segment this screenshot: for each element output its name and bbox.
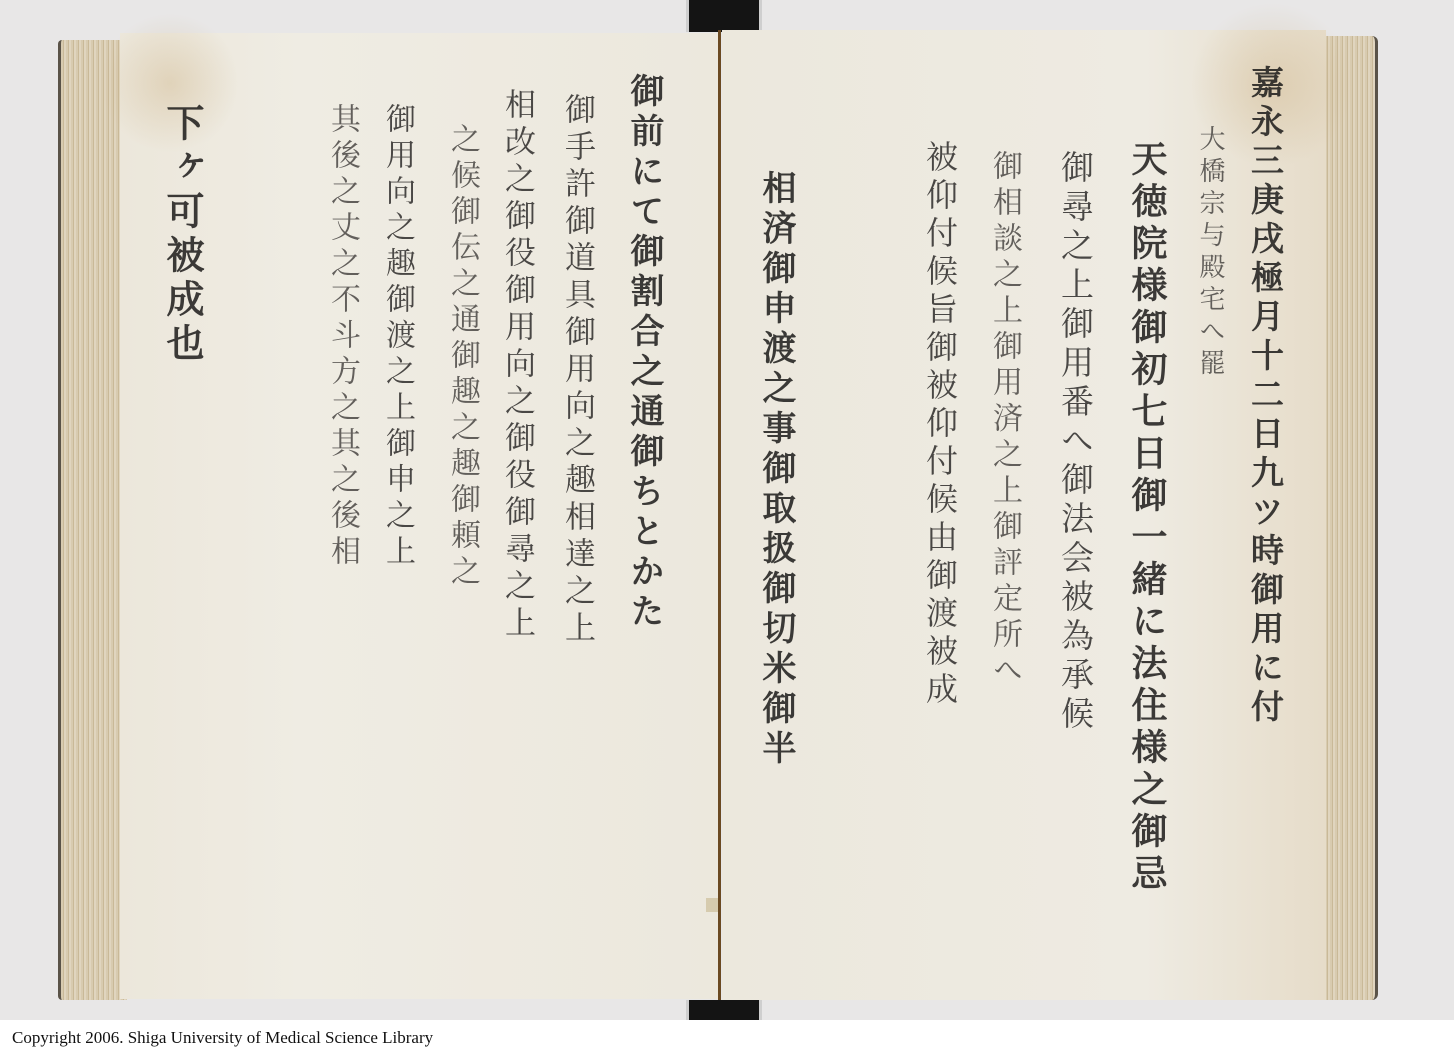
copyright-text: Copyright 2006. Shiga University of Medi…	[12, 1028, 433, 1048]
text-column: 之候御伝之通御趣之趣御頼之	[440, 123, 484, 591]
right-page: 嘉永三庚戌極月十二日九ツ時御用に付 大橋宗与殿宅へ罷 天徳院様御初七日御一緒に法…	[722, 30, 1326, 1000]
bookmark-ribbon-top	[686, 0, 762, 32]
book-gutter	[718, 30, 721, 1000]
text-column: 相改之御役御用向之御役御尋之上	[495, 88, 540, 643]
manuscript-photo: 御前にて御割合之通御ちとかた 御手許御道具御用向之趣相達之上 相改之御役御用向之…	[0, 0, 1454, 1020]
page-edges-left	[58, 40, 127, 1000]
text-column: 其後之丈之不斗方之其之後相	[320, 103, 364, 571]
text-column: 下ヶ可被成也	[155, 103, 210, 367]
text-column: 御尋之上御用番へ御法会被為承候	[1052, 150, 1099, 735]
text-column: 御相談之上御用済之上御評定所へ	[982, 150, 1026, 690]
text-column: 御用向之趣御渡之上御申之上	[375, 103, 419, 571]
text-column: 相済御申渡之事御取扱御切米御半	[752, 170, 801, 770]
footer: Copyright 2006. Shiga University of Medi…	[0, 1020, 1454, 1054]
binding-mark	[706, 898, 718, 912]
page-edges-right	[1325, 36, 1378, 1000]
text-column: 大橋宗与殿宅へ罷	[1192, 125, 1229, 381]
bookmark-ribbon-bottom	[686, 1000, 762, 1020]
text-column: 御前にて御割合之通御ちとかた	[620, 73, 669, 633]
text-column: 天徳院様御初七日御一緒に法住様之御忌	[1122, 140, 1173, 896]
left-page: 御前にて御割合之通御ちとかた 御手許御道具御用向之趣相達之上 相改之御役御用向之…	[120, 33, 720, 999]
text-column: 嘉永三庚戌極月十二日九ツ時御用に付	[1242, 65, 1289, 728]
text-column: 御手許御道具御用向之趣相達之上	[555, 93, 600, 648]
text-column: 被仰付候旨御被仰付候由御渡被成	[917, 140, 963, 710]
